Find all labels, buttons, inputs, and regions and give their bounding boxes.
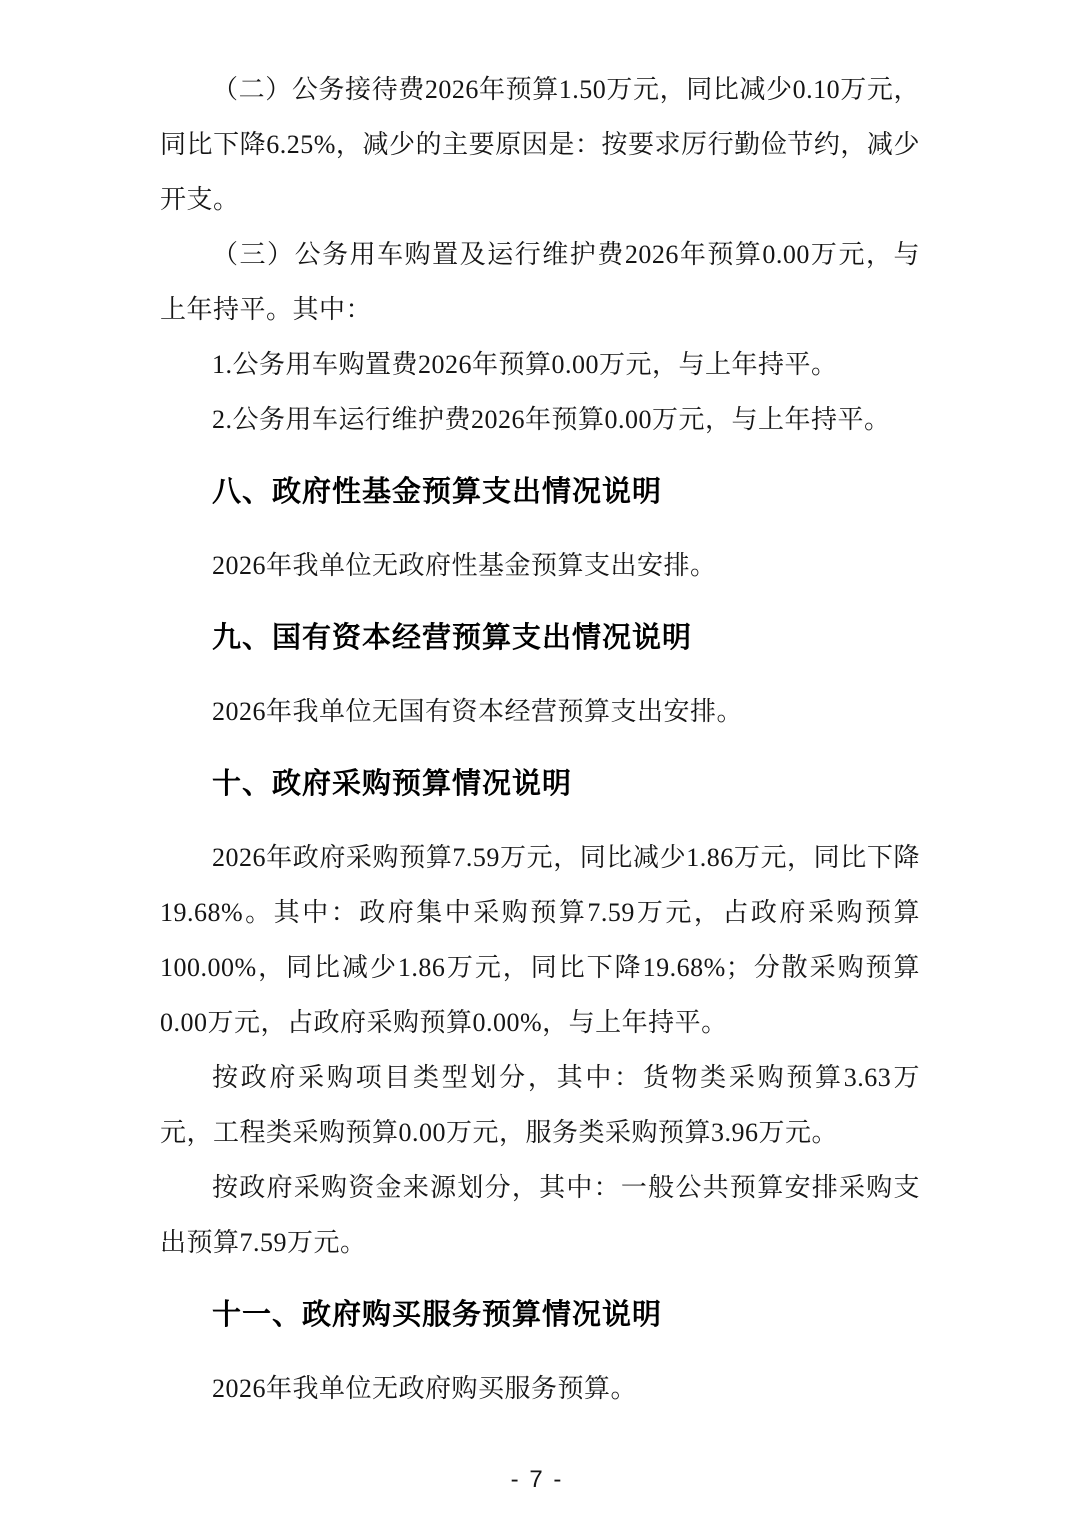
- section-heading-9-state-capital: 九、国有资本经营预算支出情况说明: [160, 611, 920, 666]
- section-heading-10-procurement: 十、政府采购预算情况说明: [160, 757, 920, 812]
- page-number: - 7 -: [0, 1466, 1074, 1494]
- para-official-vehicle-fee: （三）公务用车购置及运行维护费2026年预算0.00万元，与上年持平。其中：: [160, 227, 920, 337]
- para-procurement-overview: 2026年政府采购预算7.59万元，同比减少1.86万元，同比下降19.68%。…: [160, 830, 920, 1050]
- para-section-9-body: 2026年我单位无国有资本经营预算支出安排。: [160, 684, 920, 739]
- section-heading-11-purchased-services: 十一、政府购买服务预算情况说明: [160, 1288, 920, 1343]
- para-vehicle-maintenance-fee: 2.公务用车运行维护费2026年预算0.00万元，与上年持平。: [160, 392, 920, 447]
- para-vehicle-purchase-fee: 1.公务用车购置费2026年预算0.00万元，与上年持平。: [160, 337, 920, 392]
- document-page: （二）公务接待费2026年预算1.50万元，同比减少0.10万元，同比下降6.2…: [0, 0, 1074, 1520]
- para-procurement-by-source: 按政府采购资金来源划分，其中：一般公共预算安排采购支出预算7.59万元。: [160, 1160, 920, 1270]
- para-section-11-body: 2026年我单位无政府购买服务预算。: [160, 1361, 920, 1416]
- para-section-8-body: 2026年我单位无政府性基金预算支出安排。: [160, 538, 920, 593]
- section-heading-8-government-funds: 八、政府性基金预算支出情况说明: [160, 465, 920, 520]
- para-procurement-by-type: 按政府采购项目类型划分，其中：货物类采购预算3.63万元，工程类采购预算0.00…: [160, 1050, 920, 1160]
- para-official-reception-fee: （二）公务接待费2026年预算1.50万元，同比减少0.10万元，同比下降6.2…: [160, 62, 920, 227]
